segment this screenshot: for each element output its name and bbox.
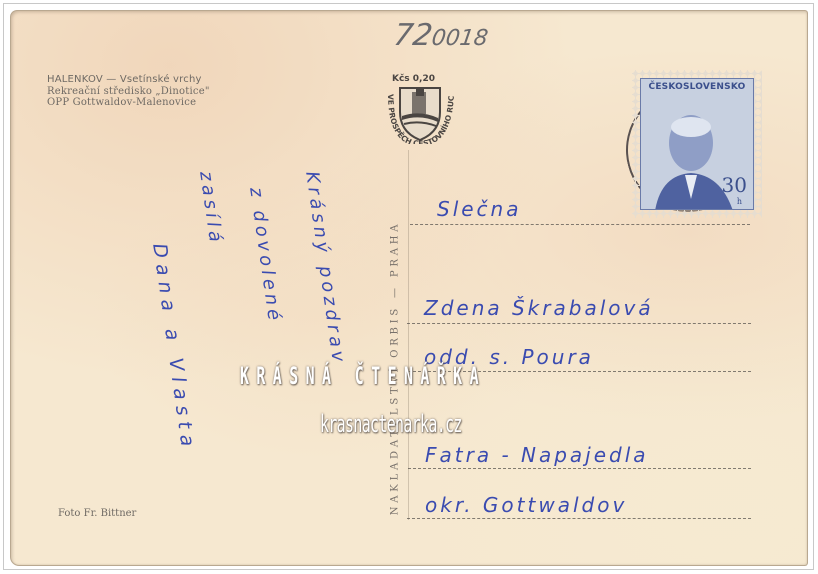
address-rule — [407, 518, 751, 519]
address-rule — [408, 468, 751, 469]
stamp-value: 30 — [722, 173, 747, 197]
watermark-url[interactable]: krasnactenarka.cz — [320, 410, 462, 438]
header-line: HALENKOV — Vsetínské vrchy — [47, 74, 210, 86]
catalog-number-suffix: 0018 — [430, 26, 490, 51]
address-rule — [407, 323, 751, 324]
catalog-number: 720018 — [392, 18, 491, 53]
catalog-number-prefix: 72 — [392, 18, 435, 53]
address-line: Slečna — [437, 197, 521, 221]
emblem-price: Kčs 0,20 — [392, 74, 435, 84]
address-line: okr. Gottwaldov — [425, 493, 627, 517]
address-line: Fatra - Napajedla — [425, 443, 649, 467]
address-rule — [410, 224, 750, 225]
divider-line — [408, 150, 409, 520]
stamp-image: ČESKOSLOVENSKO 30 h — [640, 78, 754, 210]
watermark-title: KRÁSNÁ ČTENÁŘKA — [240, 362, 486, 390]
postcard-header: HALENKOV — Vsetínské vrchy Rekreační stř… — [47, 74, 210, 109]
header-line: Rekreační středisko „Dinotice" — [47, 86, 210, 98]
photo-credit: Foto Fr. Bittner — [58, 508, 136, 520]
header-line: OPP Gottwaldov-Malenovice — [47, 97, 210, 109]
postage-stamp: ČESKOSLOVENSKO 30 h — [632, 70, 762, 218]
castle-shield-icon: VE PROSPĚCH CESTOVNÍHO RUCHU — [378, 74, 462, 144]
stamp-unit: h — [737, 197, 742, 206]
tourism-emblem: Kčs 0,20 VE PROSPĚCH CESTOVNÍHO RUCHU — [378, 74, 462, 144]
address-line: Zdena Škrabalová — [424, 296, 654, 320]
